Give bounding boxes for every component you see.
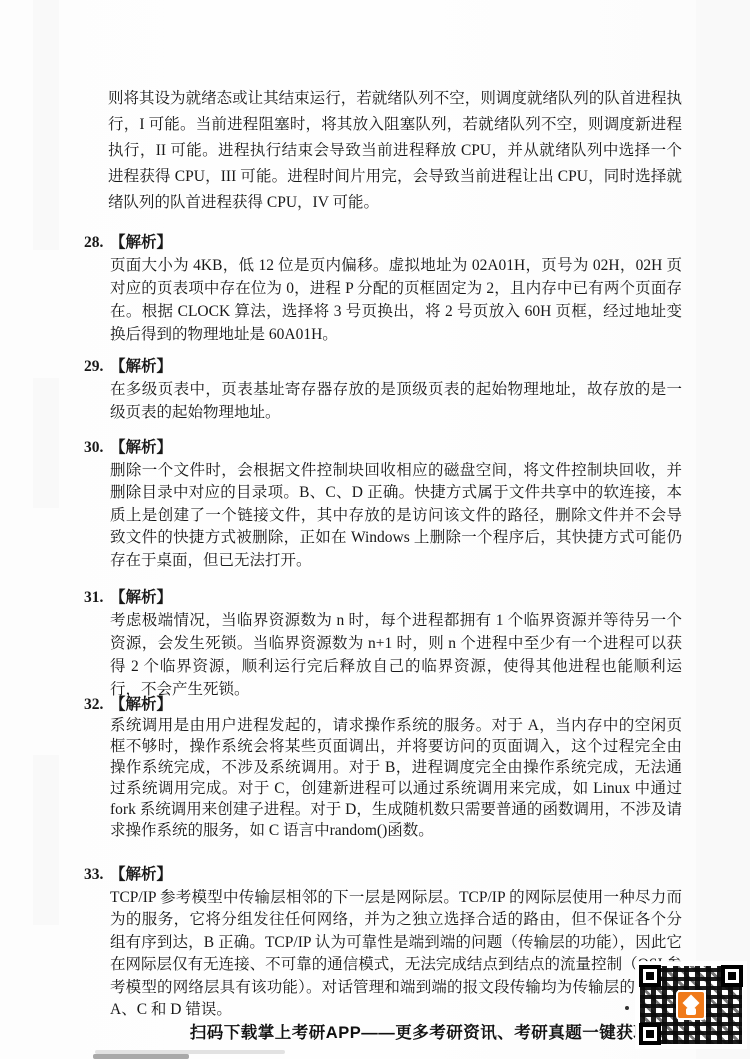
- scan-shading-band: [33, 755, 59, 925]
- continuation-paragraph: 则将其设为就绪态或让其结束运行，若就绪队列不空，则调度就绪队列的队首进程执行，I…: [108, 86, 682, 216]
- footer-text: 扫码下载掌上考研APP——更多考研资讯、考研真题一键获取: [140, 1019, 700, 1043]
- scanned-answer-page: 则将其设为就绪态或让其结束运行，若就绪队列不空，则调度就绪队列的队首进程执行，I…: [0, 0, 750, 1059]
- section-body: 在多级页表中，页表基址寄存器存放的是顶级页表的起始物理地址，故存放的是一级页表的…: [110, 378, 682, 424]
- section-33: 33. 【解析】 TCP/IP 参考模型中传输层相邻的下一层是网际层。TCP/I…: [84, 864, 682, 1022]
- section-number: 32.: [84, 694, 110, 715]
- section-number: 33.: [84, 864, 110, 887]
- section-number: 30.: [84, 437, 110, 460]
- section-heading: 32. 【解析】: [84, 694, 682, 715]
- section-number: 29.: [84, 355, 110, 378]
- section-label: 【解析】: [110, 231, 172, 254]
- qr-finder-icon: [721, 965, 743, 987]
- section-body: 考虑极端情况，当临界资源数为 n 时，每个进程都拥有 1 个临界资源并等待另一个…: [110, 609, 682, 701]
- section-heading: 33. 【解析】: [84, 864, 682, 887]
- scan-shading-band: [33, 0, 59, 250]
- kaoyan-app-logo-icon: [676, 990, 706, 1020]
- app-download-qr-code: [636, 962, 746, 1048]
- section-number: 28.: [84, 231, 110, 254]
- section-body: 页面大小为 4KB，低 12 位是页内偏移。虚拟地址为 02A01H，页号为 0…: [110, 254, 682, 346]
- scan-edge-shadow: [93, 1054, 189, 1059]
- section-label: 【解析】: [110, 864, 172, 887]
- section-heading: 31. 【解析】: [84, 586, 682, 609]
- section-29: 29. 【解析】 在多级页表中，页表基址寄存器存放的是顶级页表的起始物理地址，故…: [84, 355, 682, 424]
- section-32: 32. 【解析】 系统调用是由用户进程发起的，请求操作系统的服务。对于 A，当内…: [84, 694, 682, 841]
- section-label: 【解析】: [110, 586, 172, 609]
- section-28: 28. 【解析】 页面大小为 4KB，低 12 位是页内偏移。虚拟地址为 02A…: [84, 231, 682, 346]
- section-30: 30. 【解析】 删除一个文件时，会根据文件控制块回收相应的磁盘空间，将文件控制…: [84, 437, 682, 572]
- section-number: 31.: [84, 586, 110, 609]
- scan-shading-band: [33, 378, 59, 508]
- section-label: 【解析】: [110, 355, 172, 378]
- section-heading: 29. 【解析】: [84, 355, 682, 378]
- section-31: 31. 【解析】 考虑极端情况，当临界资源数为 n 时，每个进程都拥有 1 个临…: [84, 586, 682, 701]
- section-label: 【解析】: [110, 437, 172, 460]
- scan-shading-band: [696, 0, 750, 1059]
- section-label: 【解析】: [110, 694, 172, 715]
- section-body: TCP/IP 参考模型中传输层相邻的下一层是网际层。TCP/IP 的网际层使用一…: [110, 887, 682, 1022]
- section-body: 系统调用是由用户进程发起的，请求操作系统的服务。对于 A，当内存中的空闲页框不够…: [110, 715, 682, 841]
- section-heading: 30. 【解析】: [84, 437, 682, 460]
- stray-ink-dot: [625, 1006, 629, 1010]
- qr-finder-icon: [639, 965, 661, 987]
- section-body: 删除一个文件时，会根据文件控制块回收相应的磁盘空间，将文件控制块回收，并删除目录…: [110, 460, 682, 573]
- student-face-icon: [686, 1008, 696, 1015]
- qr-finder-icon: [639, 1023, 661, 1045]
- section-heading: 28. 【解析】: [84, 231, 682, 254]
